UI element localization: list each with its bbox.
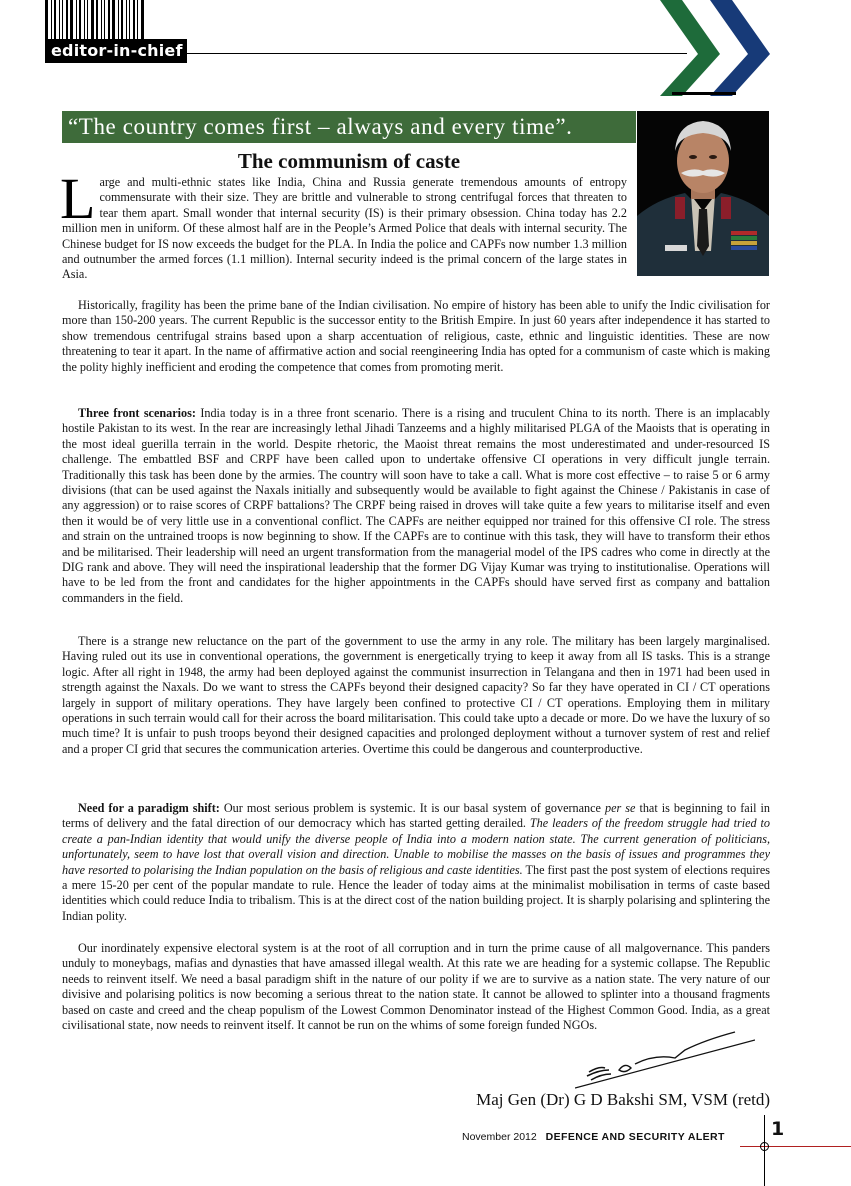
barcode-bar <box>62 0 63 40</box>
barcode-bar <box>101 0 102 40</box>
paragraph-army-reluctance: There is a strange new reluctance on the… <box>62 634 770 757</box>
crop-mark-horizontal <box>740 1146 851 1147</box>
page-footer: November 2012 DEFENCE AND SECURITY ALERT <box>462 1131 725 1143</box>
barcode-bar <box>76 0 77 40</box>
intro-text: arge and multi-ethnic states like India,… <box>62 175 627 281</box>
issue-date: November 2012 <box>462 1131 537 1143</box>
paragraph-three-front: Three front scenarios: India today is in… <box>62 406 770 606</box>
italic-text: per se <box>605 801 635 815</box>
barcode-bar <box>51 0 52 40</box>
barcode-bar <box>121 0 123 40</box>
subhead-three-front: Three front scenarios: <box>78 406 196 420</box>
dropcap: L <box>60 177 95 221</box>
paragraph-paradigm-shift: Need for a paradigm shift: Our most seri… <box>62 801 770 924</box>
signature-image <box>575 1030 755 1090</box>
barcode-bar <box>112 0 115 40</box>
barcode-bar <box>84 0 85 40</box>
barcode-bar <box>87 0 88 40</box>
double-chevron-icon <box>660 0 780 96</box>
article-title: The communism of caste <box>62 148 636 174</box>
paragraph-text: India today is in a three front scenario… <box>62 406 770 605</box>
registration-mark-icon <box>760 1142 769 1151</box>
publication-name: DEFENCE AND SECURITY ALERT <box>546 1131 725 1143</box>
barcode-bar <box>104 0 105 40</box>
barcode-bar <box>118 0 119 40</box>
barcode-bar <box>79 0 81 40</box>
barcode-bar <box>45 0 48 40</box>
section-label: editor-in-chief <box>45 39 187 63</box>
paragraph-text: Our most serious problem is systemic. It… <box>220 801 605 815</box>
barcode-bar <box>91 0 94 40</box>
author-byline: Maj Gen (Dr) G D Bakshi SM, VSM (retd) <box>440 1089 770 1111</box>
barcode-bar <box>141 0 144 40</box>
paragraph-electoral-system: Our inordinately expensive electoral sys… <box>62 941 770 1033</box>
barcode-bar <box>137 0 138 40</box>
author-photo <box>637 111 769 276</box>
barcode-bar <box>66 0 68 40</box>
barcode-graphic <box>45 0 187 40</box>
intro-paragraph: L arge and multi-ethnic states like Indi… <box>62 175 627 283</box>
barcode-bar <box>70 0 73 40</box>
header-rule <box>187 53 687 54</box>
barcode-bar <box>126 0 127 40</box>
barcode-bar <box>133 0 135 40</box>
portrait-image <box>637 111 769 276</box>
paragraph-history: Historically, fragility has been the pri… <box>62 298 770 375</box>
barcode-bar <box>59 0 60 40</box>
barcode-bar <box>129 0 130 40</box>
page-number: 1 <box>771 1118 784 1140</box>
quote-banner: “The country comes first – always and ev… <box>62 111 636 143</box>
barcode-bar <box>54 0 56 40</box>
subhead-paradigm-shift: Need for a paradigm shift: <box>78 801 220 815</box>
barcode-bar <box>108 0 110 40</box>
barcode-bar <box>96 0 98 40</box>
